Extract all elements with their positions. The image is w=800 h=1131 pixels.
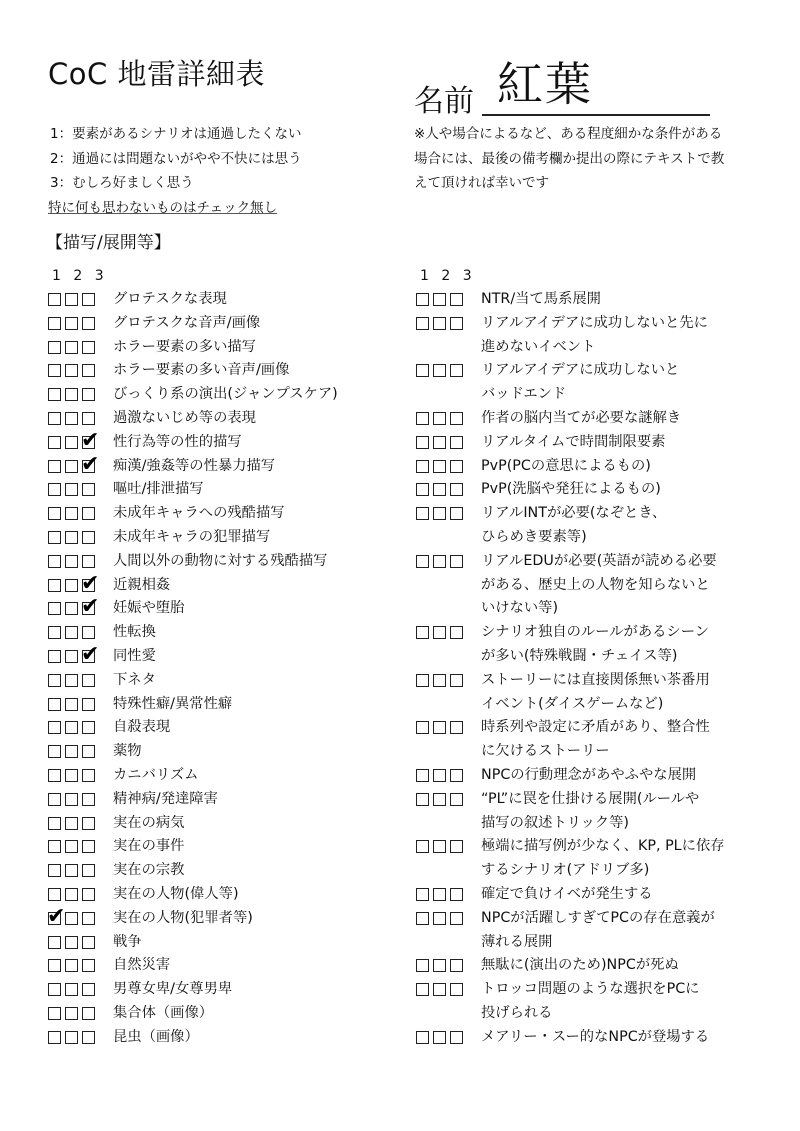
- item-label: 自然災害: [113, 954, 170, 978]
- checkbox-rating-1[interactable]: [48, 460, 61, 473]
- checklist-row: 精神病/発達障害: [48, 788, 338, 812]
- checkbox-rating-2[interactable]: [65, 840, 78, 853]
- checkbox-rating-1[interactable]: [48, 650, 61, 663]
- rating-checkboxes: [416, 669, 481, 688]
- checkbox-rating-3[interactable]: [82, 1007, 95, 1020]
- checkbox-rating-3[interactable]: [450, 888, 463, 901]
- checkbox-rating-3[interactable]: [450, 721, 463, 734]
- checkbox-rating-3[interactable]: [82, 936, 95, 949]
- checkbox-rating-3[interactable]: [450, 626, 463, 639]
- checklist-row: リアルアイデアに成功しないと先に 進めないイベント: [416, 312, 725, 360]
- rating-checkboxes: [48, 764, 113, 783]
- rating-checkboxes: [48, 359, 113, 378]
- checklist-row: メアリー・スー的なNPCが登場する: [416, 1026, 725, 1050]
- item-label: リアルアイデアに成功しないと先に 進めないイベント: [481, 312, 708, 360]
- checkbox-rating-3[interactable]: ✔: [82, 460, 95, 473]
- item-label: ストーリーには直接関係無い茶番用 イベント(ダイスゲームなど): [481, 669, 710, 717]
- checkbox-rating-3[interactable]: [450, 507, 463, 520]
- checklist-row: ホラー要素の多い音声/画像: [48, 359, 338, 383]
- checkbox-rating-2[interactable]: [65, 650, 78, 663]
- checklist-row: ✔痴漢/強姦等の性暴力描写: [48, 455, 338, 479]
- checklist-row: “PL”に罠を仕掛ける展開(ルールや 描写の叙述トリック等): [416, 788, 725, 836]
- checkbox-rating-2[interactable]: [433, 364, 446, 377]
- item-label: 昆虫（画像）: [113, 1026, 199, 1050]
- item-label: シナリオ独自のルールがあるシーン が多い(特殊戦闘・チェイス等): [481, 621, 709, 669]
- checkbox-rating-3[interactable]: [450, 840, 463, 853]
- checkbox-rating-2[interactable]: [65, 674, 78, 687]
- checkbox-rating-1[interactable]: [48, 888, 61, 901]
- rating-checkboxes: [416, 359, 481, 378]
- checkbox-rating-2[interactable]: [65, 531, 78, 544]
- checkbox-rating-1[interactable]: [48, 698, 61, 711]
- rating-legend: 1：要素があるシナリオは通過したくない 2：通過には問題ないがやや不快には思う …: [50, 122, 302, 220]
- checkbox-rating-2[interactable]: [433, 888, 446, 901]
- checklist-row: トロッコ問題のような選択をPCに 投げられる: [416, 978, 725, 1026]
- checkbox-rating-3[interactable]: [82, 674, 95, 687]
- item-label: グロテスクな音声/画像: [113, 312, 260, 336]
- checkbox-rating-3[interactable]: ✔: [82, 602, 95, 615]
- item-label: グロテスクな表現: [113, 288, 227, 312]
- checkbox-rating-3[interactable]: [82, 745, 95, 758]
- checkbox-rating-2[interactable]: [433, 412, 446, 425]
- rating-checkboxes: [48, 812, 113, 831]
- left-checklist: 1 2 3 グロテスクな表現グロテスクな音声/画像ホラー要素の多い描写ホラー要素…: [48, 264, 338, 1050]
- rating-checkboxes: [416, 907, 481, 926]
- checkbox-rating-2[interactable]: [65, 460, 78, 473]
- checkbox-rating-3[interactable]: [82, 555, 95, 568]
- checkbox-rating-1[interactable]: [48, 388, 61, 401]
- checkbox-rating-2[interactable]: [433, 769, 446, 782]
- rating-checkboxes: [416, 478, 481, 497]
- item-label: 未成年キャラへの残酷描写: [113, 502, 285, 526]
- checkbox-rating-3[interactable]: [450, 293, 463, 306]
- rating-checkboxes: [416, 954, 481, 973]
- item-label: 実在の病気: [113, 812, 184, 836]
- rating-checkboxes: [416, 716, 481, 735]
- item-label: 性行為等の性的描写: [113, 431, 242, 455]
- checkbox-rating-3[interactable]: [82, 769, 95, 782]
- checkbox-rating-1[interactable]: [48, 483, 61, 496]
- rating-checkboxes: [416, 288, 481, 307]
- rating-checkboxes: [48, 883, 113, 902]
- checkbox-rating-1[interactable]: ✔: [48, 912, 61, 925]
- checkbox-rating-3[interactable]: [82, 341, 95, 354]
- checkbox-rating-1[interactable]: [416, 507, 429, 520]
- checklist-row: 確定で負けイベが発生する: [416, 883, 725, 907]
- item-label: 過激ないじめ等の表現: [113, 407, 256, 431]
- checkbox-rating-3[interactable]: [82, 864, 95, 877]
- conditions-note: ※人や場合によるなど、ある程度細かな条件がある 場合には、最後の備考欄か提出の際…: [414, 122, 724, 196]
- checkbox-rating-2[interactable]: [65, 983, 78, 996]
- checkbox-rating-1[interactable]: [416, 555, 429, 568]
- checkbox-rating-1[interactable]: [48, 579, 61, 592]
- rating-checkboxes: [416, 407, 481, 426]
- checklist-row: リアルタイムで時間制限要素: [416, 431, 725, 455]
- checkbox-rating-2[interactable]: [433, 483, 446, 496]
- checkbox-rating-1[interactable]: [48, 364, 61, 377]
- checkbox-rating-2[interactable]: [433, 460, 446, 473]
- checkbox-rating-2[interactable]: [65, 317, 78, 330]
- checkbox-rating-1[interactable]: [48, 412, 61, 425]
- item-label: トロッコ問題のような選択をPCに 投げられる: [481, 978, 699, 1026]
- checkbox-rating-3[interactable]: [450, 436, 463, 449]
- checkbox-rating-3[interactable]: ✔: [82, 650, 95, 663]
- checkbox-rating-1[interactable]: [416, 959, 429, 972]
- checklist-row: PvP(洗脳や発狂によるもの): [416, 478, 725, 502]
- checkbox-rating-3[interactable]: [82, 983, 95, 996]
- checkbox-rating-3[interactable]: [450, 364, 463, 377]
- checkmark-icon: ✔: [47, 906, 65, 928]
- rating-checkboxes: [48, 835, 113, 854]
- rating-checkboxes: [416, 835, 481, 854]
- checkbox-rating-2[interactable]: [433, 721, 446, 734]
- checkbox-rating-1[interactable]: [48, 864, 61, 877]
- rating-checkboxes: [48, 478, 113, 497]
- note-line: 場合には、最後の備考欄か提出の際にテキストで教: [414, 147, 724, 172]
- rating-checkboxes: [48, 693, 113, 712]
- checkbox-rating-2[interactable]: [65, 626, 78, 639]
- checkbox-rating-3[interactable]: [82, 388, 95, 401]
- checkbox-rating-1[interactable]: [48, 507, 61, 520]
- rating-checkboxes: [416, 621, 481, 640]
- item-label: 無駄に(演出のため)NPCが死ぬ: [481, 954, 679, 978]
- item-label: カニバリズム: [113, 764, 199, 788]
- rating-checkboxes: [48, 621, 113, 640]
- checkmark-icon: ✔: [81, 644, 99, 666]
- checkbox-rating-3[interactable]: [82, 293, 95, 306]
- rating-checkboxes: [416, 978, 481, 997]
- checkbox-rating-3[interactable]: [450, 793, 463, 806]
- checkbox-rating-2[interactable]: [65, 1007, 78, 1020]
- item-label: 性転換: [113, 621, 156, 645]
- checkbox-rating-1[interactable]: [48, 793, 61, 806]
- checkbox-rating-2[interactable]: [433, 793, 446, 806]
- checkbox-rating-3[interactable]: [450, 317, 463, 330]
- checkbox-rating-1[interactable]: [48, 959, 61, 972]
- checkbox-rating-2[interactable]: [433, 436, 446, 449]
- legend-item-1: 1：要素があるシナリオは通過したくない: [50, 122, 302, 147]
- checkbox-rating-2[interactable]: [433, 674, 446, 687]
- checkbox-rating-2[interactable]: [433, 983, 446, 996]
- checkbox-rating-2[interactable]: [65, 388, 78, 401]
- checkbox-rating-2[interactable]: [433, 293, 446, 306]
- note-line: えて頂ければ幸いです: [414, 171, 724, 196]
- checkbox-rating-1[interactable]: [416, 983, 429, 996]
- checkbox-rating-3[interactable]: [82, 1031, 95, 1044]
- checkbox-rating-3[interactable]: ✔: [82, 579, 95, 592]
- right-checklist: 1 2 3 NTR/当て馬系展開リアルアイデアに成功しないと先に 進めないイベン…: [416, 264, 725, 1050]
- column-header: 1 2 3: [48, 264, 338, 288]
- checkbox-rating-1[interactable]: [48, 983, 61, 996]
- item-label: 妊娠や堕胎: [113, 597, 184, 621]
- checkbox-rating-1[interactable]: [48, 721, 61, 734]
- item-label: リアルタイムで時間制限要素: [481, 431, 665, 455]
- checkbox-rating-2[interactable]: [433, 1031, 446, 1044]
- checklist-row: カニバリズム: [48, 764, 338, 788]
- checkbox-rating-1[interactable]: [48, 531, 61, 544]
- rating-checkboxes: [48, 502, 113, 521]
- rating-checkboxes: [416, 431, 481, 450]
- checkbox-rating-3[interactable]: [82, 364, 95, 377]
- checkbox-rating-3[interactable]: [450, 1031, 463, 1044]
- checkbox-rating-2[interactable]: [65, 959, 78, 972]
- checkbox-rating-1[interactable]: [48, 769, 61, 782]
- rating-checkboxes: [416, 883, 481, 902]
- rating-checkboxes: [48, 716, 113, 735]
- checkbox-rating-3[interactable]: [82, 507, 95, 520]
- item-label: リアルINTが必要(なぞとき、 ひらめき要素等): [481, 502, 666, 550]
- checklist-row: PvP(PCの意思によるもの): [416, 455, 725, 479]
- checkbox-rating-1[interactable]: [416, 1031, 429, 1044]
- checkbox-rating-2[interactable]: [433, 317, 446, 330]
- rating-checkboxes: [48, 1002, 113, 1021]
- item-label: ホラー要素の多い音声/画像: [113, 359, 289, 383]
- checkbox-rating-3[interactable]: [450, 412, 463, 425]
- item-label: 実在の宗教: [113, 859, 184, 883]
- checkbox-rating-1[interactable]: [48, 341, 61, 354]
- checkbox-rating-1[interactable]: [416, 912, 429, 925]
- checkbox-rating-1[interactable]: [48, 626, 61, 639]
- rating-checkboxes: [48, 669, 113, 688]
- checklist-row: 昆虫（画像）: [48, 1026, 338, 1050]
- checkbox-rating-1[interactable]: [416, 721, 429, 734]
- checkbox-rating-1[interactable]: [48, 745, 61, 758]
- rating-checkboxes: [48, 859, 113, 878]
- rating-checkboxes: [416, 788, 481, 807]
- checkbox-rating-2[interactable]: [65, 579, 78, 592]
- checkbox-rating-1[interactable]: [416, 674, 429, 687]
- item-label: PvP(洗脳や発狂によるもの): [481, 478, 661, 502]
- rating-checkboxes: ✔: [48, 455, 113, 474]
- checklist-row: NPCの行動理念があやふやな展開: [416, 764, 725, 788]
- checkbox-rating-2[interactable]: [433, 507, 446, 520]
- checkbox-rating-3[interactable]: [82, 698, 95, 711]
- checkbox-rating-2[interactable]: [65, 293, 78, 306]
- rating-checkboxes: [48, 336, 113, 355]
- item-label: ホラー要素の多い描写: [113, 336, 256, 360]
- checkbox-rating-2[interactable]: [65, 555, 78, 568]
- checklist-row: NPCが活躍しすぎてPCの存在意義が 薄れる展開: [416, 907, 725, 955]
- checkbox-rating-1[interactable]: [48, 602, 61, 615]
- checkbox-rating-2[interactable]: [65, 793, 78, 806]
- checklist-row: 特殊性癖/異常性癖: [48, 693, 338, 717]
- checkbox-rating-2[interactable]: [65, 864, 78, 877]
- checkbox-rating-2[interactable]: [65, 436, 78, 449]
- checkbox-rating-1[interactable]: [48, 674, 61, 687]
- item-label: 自殺表現: [113, 716, 170, 740]
- item-label: 痴漢/強姦等の性暴力描写: [113, 455, 275, 479]
- item-label: 作者の脳内当てが必要な謎解き: [481, 407, 681, 431]
- item-label: 実在の人物(犯罪者等): [113, 907, 253, 931]
- checkbox-rating-2[interactable]: [433, 626, 446, 639]
- checkbox-rating-1[interactable]: [48, 817, 61, 830]
- checklist-row: リアルEDUが必要(英語が読める必要 がある、歴史上の人物を知らないと いけない…: [416, 550, 725, 621]
- checkbox-rating-3[interactable]: [82, 840, 95, 853]
- checkmark-icon: ✔: [81, 430, 99, 452]
- checkmark-icon: ✔: [81, 454, 99, 476]
- checklist-row: 実在の人物(偉人等): [48, 883, 338, 907]
- checklist-row: 作者の脳内当てが必要な謎解き: [416, 407, 725, 431]
- checkbox-rating-2[interactable]: [65, 602, 78, 615]
- legend-item-2: 2：通過には問題ないがやや不快には思う: [50, 147, 302, 172]
- checkbox-rating-1[interactable]: [416, 888, 429, 901]
- item-label: NTR/当て馬系展開: [481, 288, 601, 312]
- checkbox-rating-2[interactable]: [433, 959, 446, 972]
- column-header: 1 2 3: [416, 264, 725, 288]
- checklist-row: 自然災害: [48, 954, 338, 978]
- checkbox-rating-1[interactable]: [48, 936, 61, 949]
- checklist-row: ✔性行為等の性的描写: [48, 431, 338, 455]
- checkbox-rating-2[interactable]: [65, 507, 78, 520]
- rating-checkboxes: [48, 1026, 113, 1045]
- checkbox-rating-1[interactable]: [416, 293, 429, 306]
- rating-checkboxes: [48, 954, 113, 973]
- checkbox-rating-3[interactable]: [82, 317, 95, 330]
- rating-checkboxes: [48, 288, 113, 307]
- rating-checkboxes: ✔: [48, 907, 113, 926]
- checkbox-rating-3[interactable]: [82, 912, 95, 925]
- checkbox-rating-1[interactable]: [48, 436, 61, 449]
- checkbox-rating-3[interactable]: [82, 412, 95, 425]
- item-label: 特殊性癖/異常性癖: [113, 693, 232, 717]
- checkbox-rating-2[interactable]: [433, 912, 446, 925]
- rating-checkboxes: ✔: [48, 574, 113, 593]
- checkbox-rating-3[interactable]: [82, 817, 95, 830]
- checkbox-rating-1[interactable]: [416, 626, 429, 639]
- checkbox-rating-3[interactable]: [450, 483, 463, 496]
- checkbox-rating-3[interactable]: [450, 983, 463, 996]
- item-label: 極端に描写例が少なく、KP, PLに依存 するシナリオ(アドリブ多): [481, 835, 725, 883]
- item-label: 実在の事件: [113, 835, 184, 859]
- checklist-row: 下ネタ: [48, 669, 338, 693]
- rating-checkboxes: ✔: [48, 645, 113, 664]
- checkbox-rating-1[interactable]: [416, 460, 429, 473]
- checkbox-rating-3[interactable]: [82, 793, 95, 806]
- checklist-row: リアルINTが必要(なぞとき、 ひらめき要素等): [416, 502, 725, 550]
- item-label: メアリー・スー的なNPCが登場する: [481, 1026, 709, 1050]
- note-line: ※人や場合によるなど、ある程度細かな条件がある: [414, 122, 724, 147]
- item-label: 時系列や設定に矛盾があり、整合性 に欠けるストーリー: [481, 716, 710, 764]
- checkbox-rating-3[interactable]: [450, 460, 463, 473]
- checkbox-rating-2[interactable]: [65, 769, 78, 782]
- checkbox-rating-1[interactable]: [48, 1007, 61, 1020]
- checkbox-rating-2[interactable]: [65, 698, 78, 711]
- item-label: 精神病/発達障害: [113, 788, 218, 812]
- checkbox-rating-3[interactable]: [450, 912, 463, 925]
- checkbox-rating-1[interactable]: [416, 412, 429, 425]
- rating-checkboxes: [48, 526, 113, 545]
- legend-item-3: 3：むしろ好ましく思う: [50, 171, 302, 196]
- checkbox-rating-2[interactable]: [65, 483, 78, 496]
- checkbox-rating-1[interactable]: [416, 483, 429, 496]
- checkbox-rating-3[interactable]: [450, 959, 463, 972]
- checkbox-rating-3[interactable]: [450, 555, 463, 568]
- checklist-row: 人間以外の動物に対する残酷描写: [48, 550, 338, 574]
- checkbox-rating-3[interactable]: [82, 483, 95, 496]
- checkbox-rating-2[interactable]: [65, 745, 78, 758]
- checkbox-rating-3[interactable]: [82, 721, 95, 734]
- checklist-row: グロテスクな音声/画像: [48, 312, 338, 336]
- checklist-row: ストーリーには直接関係無い茶番用 イベント(ダイスゲームなど): [416, 669, 725, 717]
- checklist-row: 薬物: [48, 740, 338, 764]
- item-label: 嘔吐/排泄描写: [113, 478, 204, 502]
- checklist-row: ✔妊娠や堕胎: [48, 597, 338, 621]
- checkbox-rating-1[interactable]: [48, 555, 61, 568]
- checklist-row: ✔実在の人物(犯罪者等): [48, 907, 338, 931]
- checkbox-rating-3[interactable]: [450, 674, 463, 687]
- item-label: 薬物: [113, 740, 142, 764]
- checkbox-rating-3[interactable]: ✔: [82, 436, 95, 449]
- rating-checkboxes: [416, 550, 481, 569]
- checkbox-rating-2[interactable]: [65, 936, 78, 949]
- rating-checkboxes: [416, 764, 481, 783]
- checklist-row: 極端に描写例が少なく、KP, PLに依存 するシナリオ(アドリブ多): [416, 835, 725, 883]
- checkbox-rating-1[interactable]: [48, 293, 61, 306]
- item-label: PvP(PCの意思によるもの): [481, 455, 651, 479]
- checkbox-rating-1[interactable]: [416, 317, 429, 330]
- item-label: 未成年キャラの犯罪描写: [113, 526, 270, 550]
- checkbox-rating-3[interactable]: [450, 769, 463, 782]
- checkbox-rating-3[interactable]: [82, 626, 95, 639]
- checkbox-rating-2[interactable]: [65, 1031, 78, 1044]
- item-label: 人間以外の動物に対する残酷描写: [113, 550, 327, 574]
- item-label: 男尊女卑/女尊男卑: [113, 978, 232, 1002]
- name-underline: [482, 114, 710, 116]
- checkbox-rating-1[interactable]: [48, 317, 61, 330]
- checklist-row: 集合体（画像）: [48, 1002, 338, 1026]
- checkbox-rating-2[interactable]: [65, 412, 78, 425]
- item-label: 近親相姦: [113, 574, 170, 598]
- checkbox-rating-2[interactable]: [65, 364, 78, 377]
- checkbox-rating-1[interactable]: [48, 840, 61, 853]
- checklist-row: シナリオ独自のルールがあるシーン が多い(特殊戦闘・チェイス等): [416, 621, 725, 669]
- rating-checkboxes: [416, 312, 481, 331]
- item-label: 下ネタ: [113, 669, 156, 693]
- legend-note: 特に何も思わないものはチェック無し: [48, 196, 302, 221]
- rating-checkboxes: [48, 312, 113, 331]
- checklist-row: 男尊女卑/女尊男卑: [48, 978, 338, 1002]
- checkbox-rating-2[interactable]: [65, 341, 78, 354]
- checkbox-rating-1[interactable]: [416, 793, 429, 806]
- checkbox-rating-2[interactable]: [65, 888, 78, 901]
- checkbox-rating-3[interactable]: [82, 531, 95, 544]
- checkbox-rating-2[interactable]: [65, 721, 78, 734]
- rating-checkboxes: ✔: [48, 431, 113, 450]
- checkbox-rating-3[interactable]: [82, 888, 95, 901]
- checklist-row: 時系列や設定に矛盾があり、整合性 に欠けるストーリー: [416, 716, 725, 764]
- checkbox-rating-1[interactable]: [416, 364, 429, 377]
- rating-checkboxes: [416, 1026, 481, 1045]
- checkbox-rating-2[interactable]: [433, 555, 446, 568]
- rating-checkboxes: [48, 550, 113, 569]
- section-title: 【描写/展開等】: [46, 228, 171, 253]
- checklist-row: 実在の病気: [48, 812, 338, 836]
- rating-checkboxes: [48, 740, 113, 759]
- item-label: NPCの行動理念があやふやな展開: [481, 764, 696, 788]
- checkbox-rating-1[interactable]: [48, 1031, 61, 1044]
- checkbox-rating-2[interactable]: [65, 817, 78, 830]
- checkbox-rating-3[interactable]: [82, 959, 95, 972]
- checklist-row: グロテスクな表現: [48, 288, 338, 312]
- rating-checkboxes: [48, 383, 113, 402]
- checkbox-rating-1[interactable]: [416, 436, 429, 449]
- item-label: 集合体（画像）: [113, 1002, 213, 1026]
- checklist-row: 無駄に(演出のため)NPCが死ぬ: [416, 954, 725, 978]
- checkbox-rating-1[interactable]: [416, 769, 429, 782]
- checkbox-rating-1[interactable]: [416, 840, 429, 853]
- checkbox-rating-2[interactable]: [433, 840, 446, 853]
- checkbox-rating-2[interactable]: [65, 912, 78, 925]
